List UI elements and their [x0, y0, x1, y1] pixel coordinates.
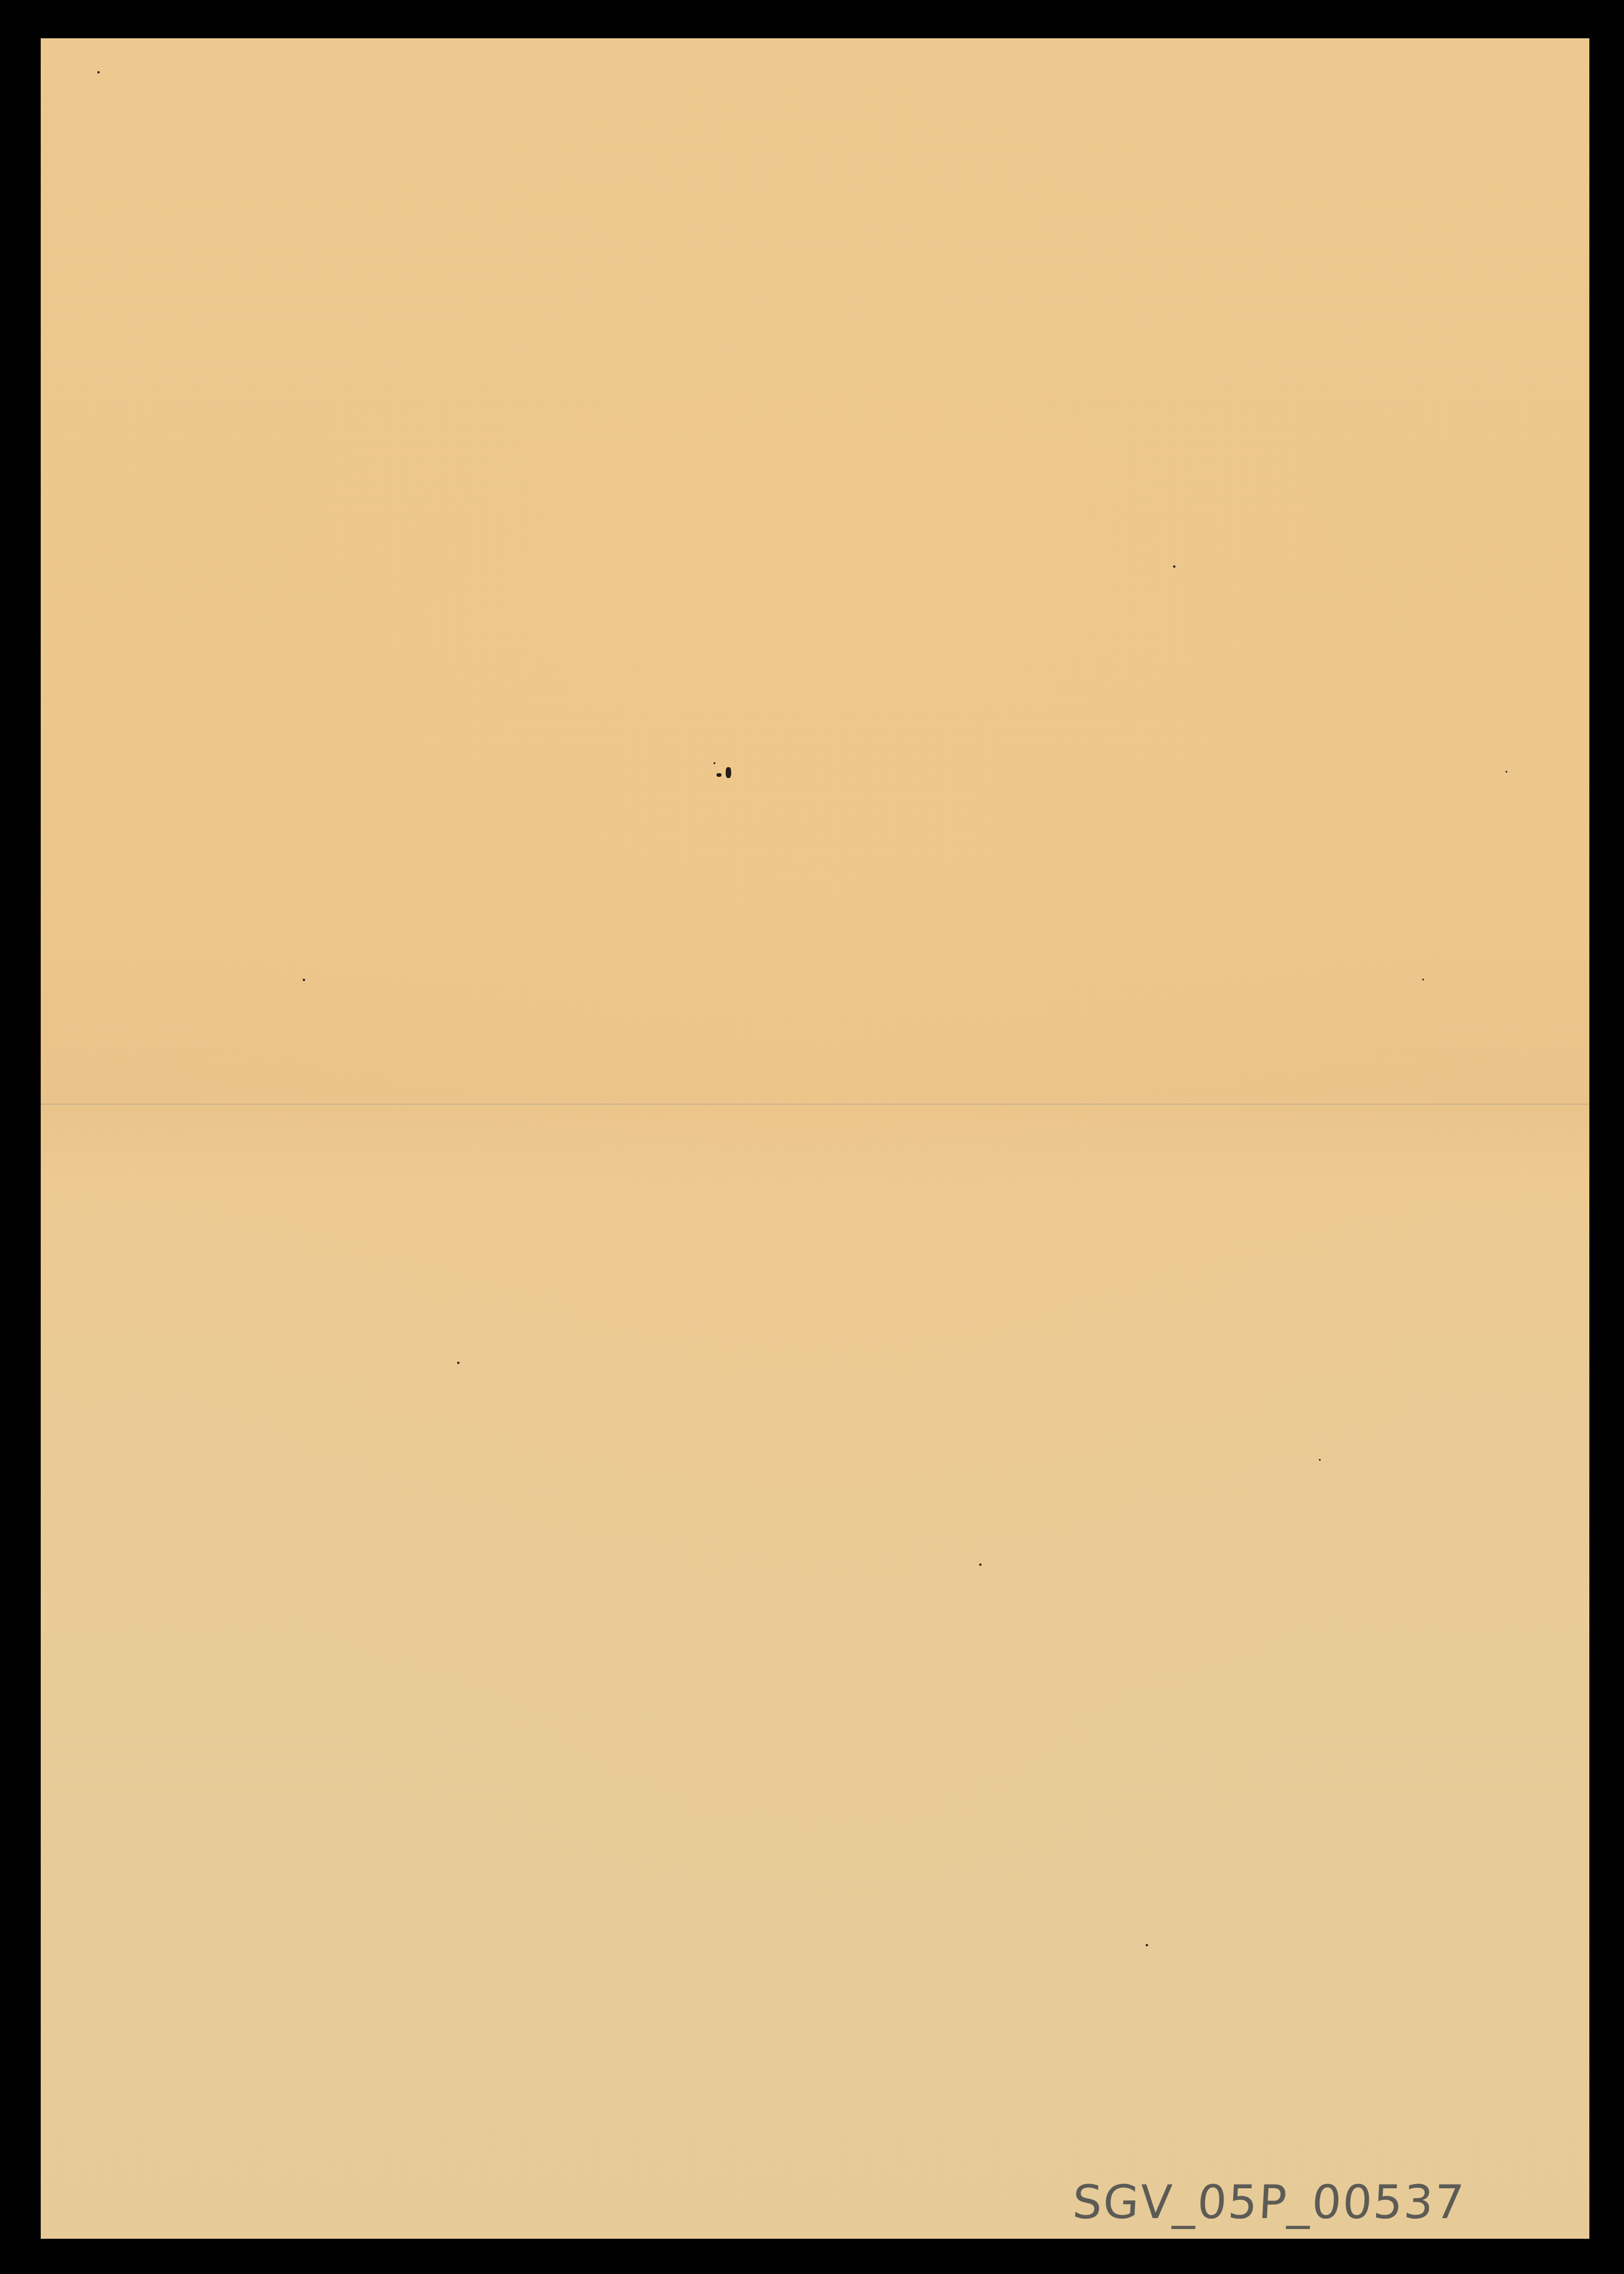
fold-line — [41, 1103, 1589, 1105]
speck — [97, 71, 100, 74]
speck — [303, 979, 305, 981]
speck — [1146, 1944, 1148, 1946]
speck — [457, 1362, 459, 1364]
speck — [1319, 1459, 1321, 1461]
speck — [1422, 979, 1424, 980]
speck — [979, 1563, 982, 1566]
paper-sheet: SGV_05P_00537 — [41, 38, 1589, 2239]
speck — [1505, 771, 1507, 773]
speck — [1173, 565, 1175, 568]
ink-stain — [714, 760, 738, 784]
catalog-id-handwritten: SGV_05P_00537 — [1072, 2175, 1467, 2229]
